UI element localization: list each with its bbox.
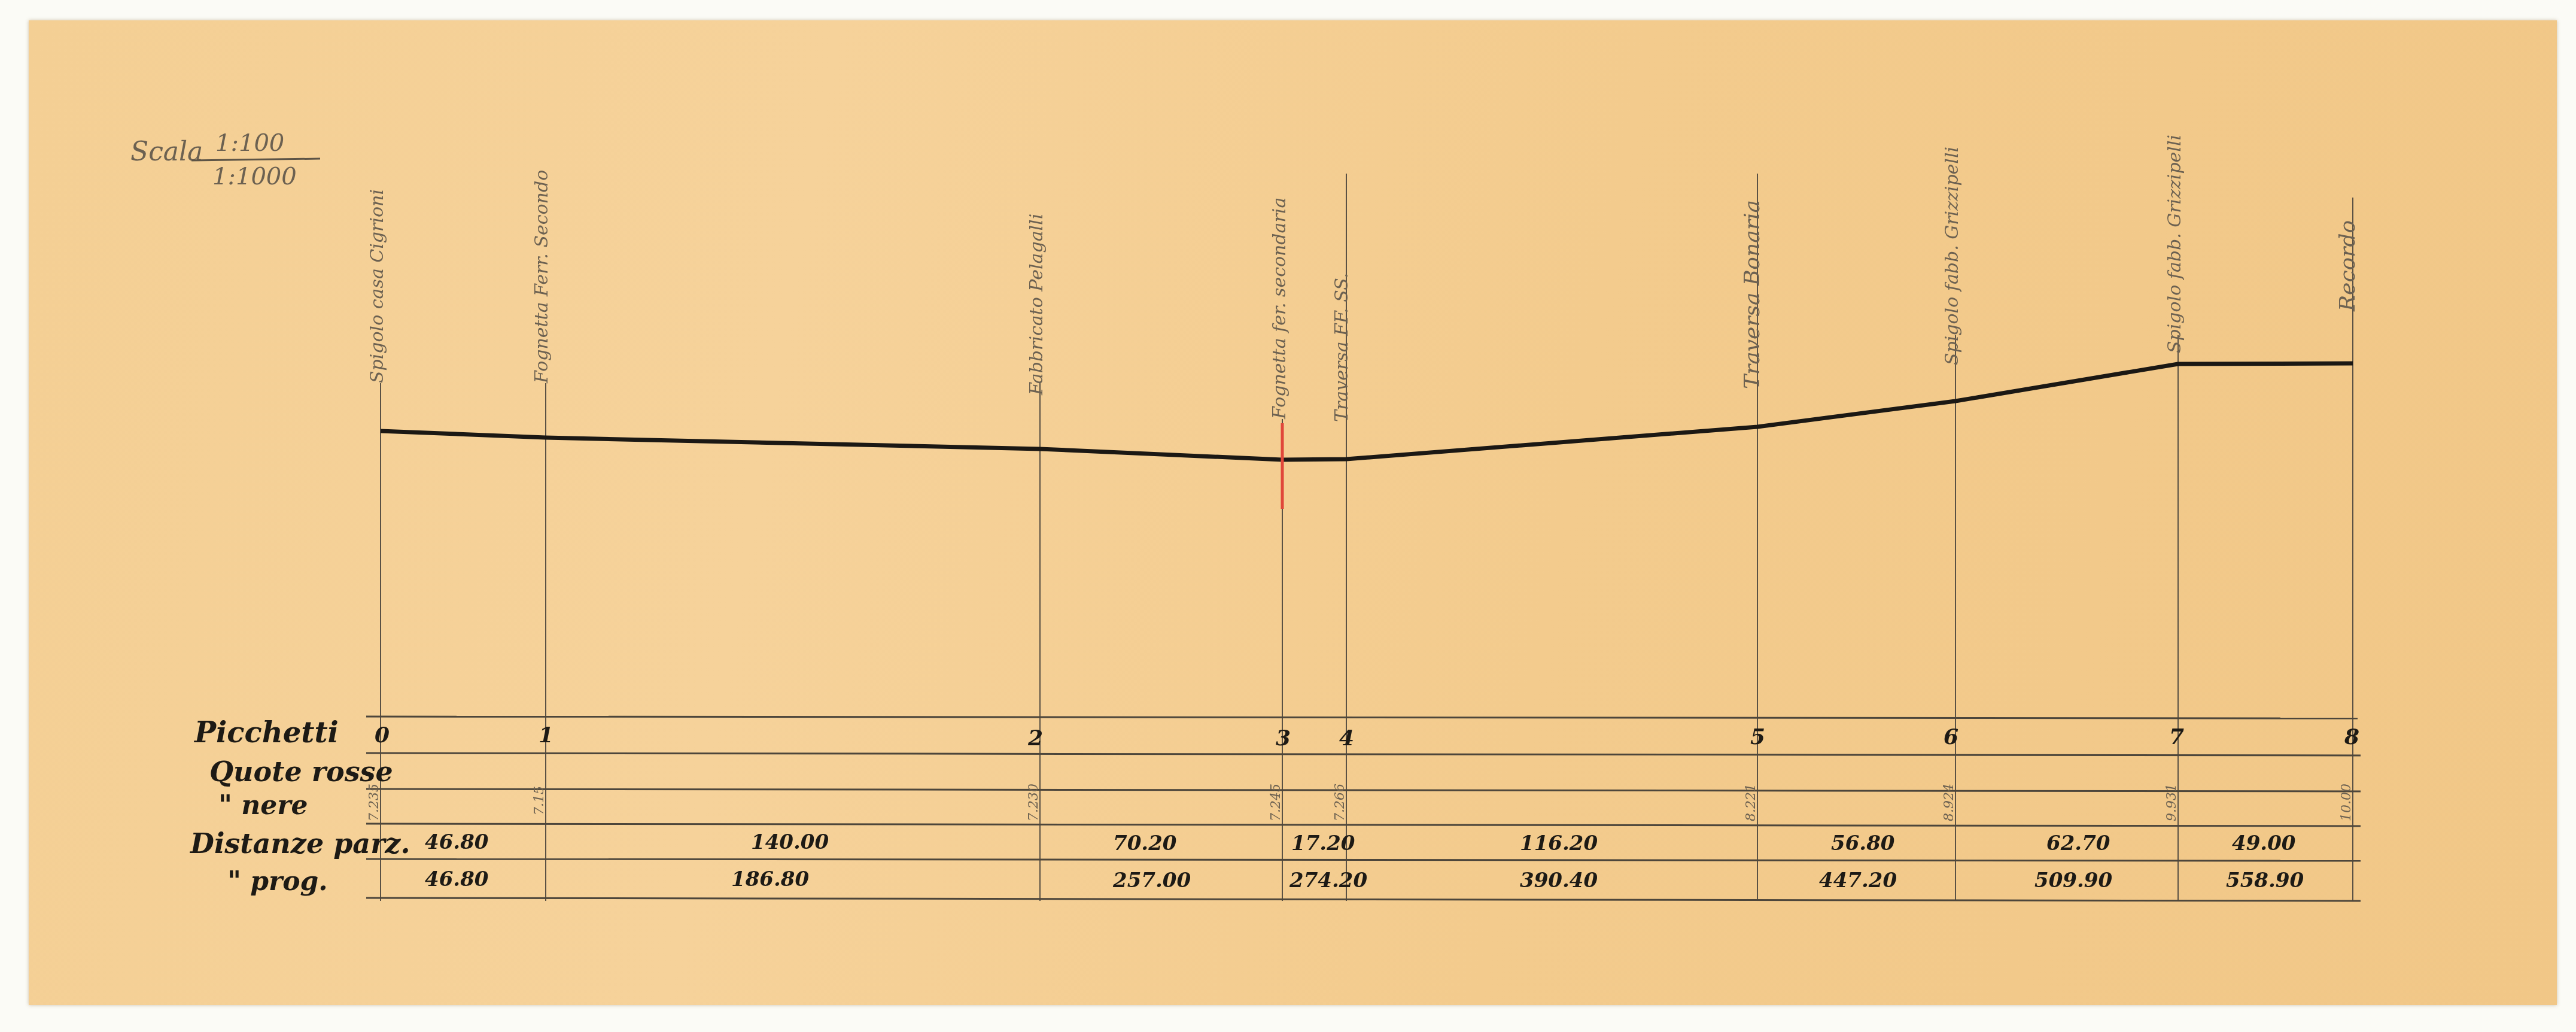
distanza-parziale: 17.20 (1291, 831, 1355, 855)
landmark-1: Fognetta Ferr. Secondo (531, 170, 552, 384)
label-picchetti: Picchetti (193, 716, 339, 749)
scale-label: Scala (130, 136, 203, 167)
quota-nera: 10.00 (2339, 784, 2354, 821)
quota-nera: 7.266 (1333, 784, 1348, 821)
scale-vertical: 1:100 (215, 129, 284, 157)
distanza-progressiva: 257.00 (1112, 869, 1191, 893)
label-distanze-parziali: Distanze parz. (189, 827, 410, 860)
distanza-parziale: 140.00 (751, 830, 829, 854)
station-number: 5 (1750, 724, 1765, 749)
distanza-progressiva: 447.20 (1819, 869, 1897, 893)
quota-nera: 7.245 (1269, 784, 1284, 821)
landmark-4: Traversa FF. SS. (1331, 273, 1352, 422)
quota-nera: 8.924 (1942, 784, 1957, 821)
distanza-parziale: 46.80 (425, 830, 489, 854)
quota-nera: 7.230 (1026, 784, 1041, 821)
distanza-progressiva: 509.90 (2034, 869, 2112, 893)
scale-horizontal: 1:1000 (212, 163, 297, 190)
label-quote-rosse: Quote rosse (209, 755, 393, 788)
station-number: 2 (1027, 726, 1043, 751)
scale-annotation: Scala 1:100 1:1000 (130, 129, 320, 190)
distanze-parziali: 46.80 140.00 70.20 17.20 116.20 56.80 62… (425, 830, 2296, 855)
landmark-2: Fabbricato Pelagalli (1026, 214, 1047, 396)
quota-nera: 9.931 (2164, 784, 2179, 821)
quota-nera: 8.221 (1744, 784, 1759, 821)
distanza-parziale: 56.80 (1831, 831, 1895, 855)
label-distanze-progressive: " prog. (227, 866, 328, 897)
distanza-parziale: 116.20 (1520, 831, 1598, 855)
label-quote-nere: " nere (218, 790, 308, 821)
distanza-parziale: 62.70 (2046, 831, 2110, 855)
landmark-0: Spigolo casa Cigrioni (367, 189, 388, 383)
landmark-5: Traversa Bonaria (1740, 200, 1765, 389)
profile-line (381, 363, 2353, 460)
quota-nera: 7.15 (532, 786, 547, 815)
station-number: 4 (1339, 726, 1354, 751)
station-number: 3 (1276, 726, 1291, 751)
station-number: 8 (2344, 724, 2359, 749)
station-number: 7 (2169, 724, 2184, 749)
station-number: 0 (375, 723, 390, 748)
distanza-progressiva: 186.80 (731, 867, 809, 891)
landmark-3: Fognetta fer. secondaria (1269, 198, 1290, 420)
station-numbers: 0 1 2 3 4 5 6 7 8 (375, 723, 2359, 751)
station-number: 6 (1944, 724, 1958, 749)
station-landmarks: Spigolo casa Cigrioni Fognetta Ferr. Sec… (367, 135, 2360, 422)
profile-drawing: Scala 1:100 1:1000 Spigolo casa Cigrioni… (0, 0, 2576, 1032)
station-number: 1 (539, 723, 553, 748)
distanza-progressiva: 46.80 (425, 867, 489, 891)
distanza-progressiva: 558.90 (2226, 869, 2304, 893)
quota-nera: 7.235 (367, 784, 382, 821)
landmark-7: Spigolo fabb. Grizzipelli (2164, 135, 2185, 353)
distanza-parziale: 70.20 (1113, 831, 1177, 855)
landmark-6: Spigolo fabb. Grizzipelli (1942, 147, 1963, 365)
distanze-progressive: 46.80 186.80 257.00 274.20 390.40 447.20… (425, 867, 2304, 893)
distanza-progressiva: 390.40 (1520, 869, 1598, 893)
landmark-8: Recordo (2335, 220, 2360, 312)
distanza-progressiva: 274.20 (1289, 869, 1367, 893)
distanza-parziale: 49.00 (2232, 831, 2296, 855)
